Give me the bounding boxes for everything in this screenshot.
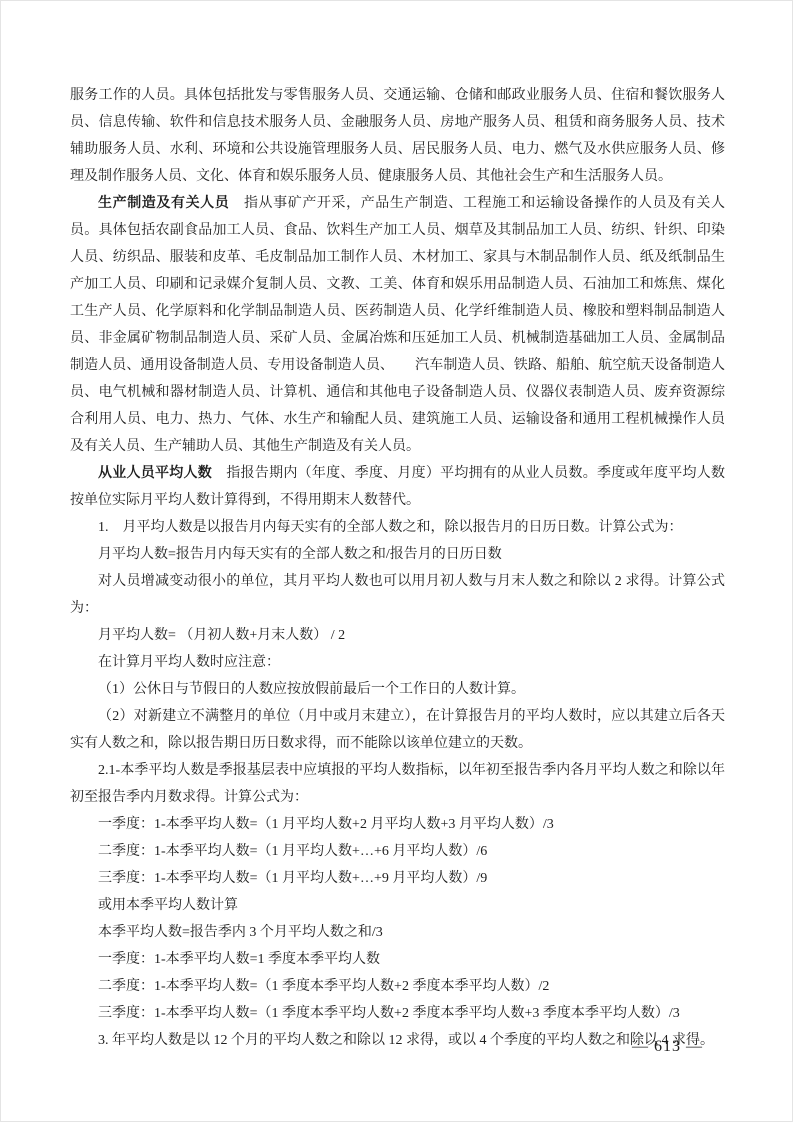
paragraph-text: 2.1-本季平均人数是季报基层表中应填报的平均人数指标，以年初至报告季内各月平均… [70,763,725,805]
paragraph: 对人员增减变动很小的单位，其月平均人数也可以用月初人数与月末人数之和除以 2 求… [70,568,725,622]
formula-line: 二季度：1-本季平均人数=（1 季度本季平均人数+2 季度本季平均人数）/2 [70,973,725,1000]
paragraph-text: 三季度：1-本季平均人数=（1 季度本季平均人数+2 季度本季平均人数+3 季度… [98,1006,680,1021]
paragraph: 1. 月平均人数是以报告月内每天实有的全部人数之和，除以报告月的日历日数。计算公… [70,514,725,541]
paragraph: 生产制造及有关人员 指从事矿产开采，产品生产制造、工程施工和运输设备操作的人员及… [70,190,725,460]
paragraph: 服务工作的人员。具体包括批发与零售服务人员、交通运输、仓储和邮政业服务人员、住宿… [70,82,725,190]
paragraph-text: 月平均人数= （月初人数+月末人数） / 2 [98,628,345,643]
paragraph-text: 一季度：1-本季平均人数=（1 月平均人数+2 月平均人数+3 月平均人数）/3 [98,817,554,832]
document-content: 服务工作的人员。具体包括批发与零售服务人员、交通运输、仓储和邮政业服务人员、住宿… [70,82,725,1054]
paragraph: 2.1-本季平均人数是季报基层表中应填报的平均人数指标，以年初至报告季内各月平均… [70,757,725,811]
paragraph-text: 1. 月平均人数是以报告月内每天实有的全部人数之和，除以报告月的日历日数。计算公… [98,520,683,535]
paragraph: 从业人员平均人数 指报告期内（年度、季度、月度）平均拥有的从业人员数。季度或年度… [70,460,725,514]
list-item: （2）对新建立不满整月的单位（月中或月末建立），在计算报告月的平均人数时，应以其… [70,703,725,757]
paragraph: 在计算月平均人数时应注意： [70,649,725,676]
paragraph-text: 对人员增减变动很小的单位，其月平均人数也可以用月初人数与月末人数之和除以 2 求… [70,574,725,616]
formula-line: 本季平均人数=报告季内 3 个月平均人数之和/3 [70,919,725,946]
formula-line: 月平均人数=报告月内每天实有的全部人数之和/报告月的日历日数 [70,541,725,568]
formula-line: 三季度：1-本季平均人数=（1 月平均人数+…+9 月平均人数）/9 [70,865,725,892]
page-number: — 613 — [632,1038,703,1056]
paragraph-text: 服务工作的人员。具体包括批发与零售服务人员、交通运输、仓储和邮政业服务人员、住宿… [70,88,725,184]
paragraph-text: （1）公休日与节假日的人数应按放假前最后一个工作日的人数计算。 [98,682,525,697]
paragraph-text: （2）对新建立不满整月的单位（月中或月末建立），在计算报告月的平均人数时，应以其… [70,709,725,751]
paragraph: 或用本季平均人数计算 [70,892,725,919]
paragraph-text: 二季度：1-本季平均人数=（1 月平均人数+…+6 月平均人数）/6 [98,844,487,859]
formula-line: 月平均人数= （月初人数+月末人数） / 2 [70,622,725,649]
formula-line: 三季度：1-本季平均人数=（1 季度本季平均人数+2 季度本季平均人数+3 季度… [70,1000,725,1027]
formula-line: 一季度：1-本季平均人数=1 季度本季平均人数 [70,946,725,973]
formula-line: 一季度：1-本季平均人数=（1 月平均人数+2 月平均人数+3 月平均人数）/3 [70,811,725,838]
paragraph-text: 本季平均人数=报告季内 3 个月平均人数之和/3 [98,925,383,940]
formula-line: 二季度：1-本季平均人数=（1 月平均人数+…+6 月平均人数）/6 [70,838,725,865]
paragraph-text: 二季度：1-本季平均人数=（1 季度本季平均人数+2 季度本季平均人数）/2 [98,979,549,994]
paragraph-text: 或用本季平均人数计算 [98,898,238,913]
term-heading: 生产制造及有关人员 [98,196,229,211]
paragraph-text: 3. 年平均人数是以 12 个月的平均人数之和除以 12 求得，或以 4 个季度… [98,1033,714,1048]
paragraph-text: 月平均人数=报告月内每天实有的全部人数之和/报告月的日历日数 [98,547,502,562]
paragraph-text: 指从事矿产开采，产品生产制造、工程施工和运输设备操作的人员及有关人员。具体包括农… [70,196,725,454]
list-item: （1）公休日与节假日的人数应按放假前最后一个工作日的人数计算。 [70,676,725,703]
paragraph: 3. 年平均人数是以 12 个月的平均人数之和除以 12 求得，或以 4 个季度… [70,1027,725,1054]
paragraph-text: 一季度：1-本季平均人数=1 季度本季平均人数 [98,952,380,967]
term-heading: 从业人员平均人数 [98,466,212,481]
document-page: 服务工作的人员。具体包括批发与零售服务人员、交通运输、仓储和邮政业服务人员、住宿… [0,0,793,1122]
paragraph-text: 在计算月平均人数时应注意： [98,655,280,670]
paragraph-text: 三季度：1-本季平均人数=（1 月平均人数+…+9 月平均人数）/9 [98,871,487,886]
